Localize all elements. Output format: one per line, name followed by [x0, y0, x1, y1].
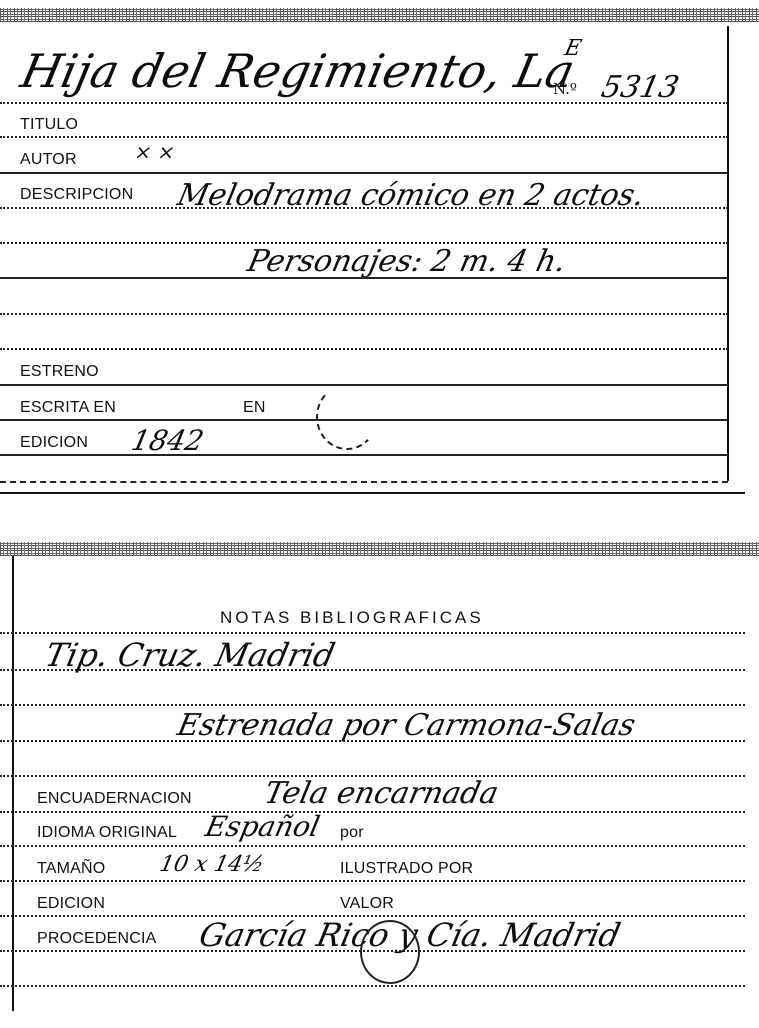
personajes-value: Personajes: 2 m. 4 h. — [244, 244, 569, 279]
number-superscript: E — [562, 36, 583, 61]
number-value: 5313 — [598, 70, 682, 105]
label-edicion-back: EDICION — [37, 895, 105, 913]
card-separator — [0, 492, 745, 494]
card-border — [727, 26, 729, 481]
rule — [0, 419, 728, 421]
label-valor: VALOR — [340, 895, 394, 913]
rule — [0, 880, 745, 882]
label-descripcion: DESCRIPCION — [20, 186, 133, 204]
label-titulo: TITULO — [20, 116, 78, 134]
label-en: EN — [243, 399, 266, 417]
label-escrita-en: ESCRITA EN — [20, 399, 116, 417]
scan-edge-noise — [0, 542, 759, 556]
label-por: por — [340, 824, 364, 842]
idioma-value: Español — [202, 810, 322, 843]
rule — [0, 136, 728, 138]
catalog-card-back: NOTAS BIBLIOGRAFICAS Tip. Cruz. Madrid E… — [0, 540, 759, 1028]
number-label: N.º — [553, 80, 577, 98]
rule — [0, 313, 728, 315]
label-ilustrado-por: ILUSTRADO POR — [340, 860, 473, 878]
stamp-mark — [316, 384, 378, 450]
stamp-mark — [360, 920, 420, 984]
label-idioma-original: IDIOMA ORIGINAL — [37, 824, 177, 842]
encuadernacion-value: Tela encarnada — [261, 776, 501, 811]
title-handwritten: Hija del Regimiento, La — [16, 44, 579, 98]
rule — [0, 669, 745, 671]
rule — [0, 207, 728, 209]
rule — [0, 277, 728, 279]
catalog-card-front: Hija del Regimiento, La E N.º 5313 TITUL… — [0, 0, 759, 495]
rule — [0, 632, 745, 634]
autor-value: × × — [132, 140, 177, 164]
tamano-value: 10 x 14½ — [157, 852, 266, 877]
rule — [0, 454, 728, 456]
label-procedencia: PROCEDENCIA — [37, 930, 157, 948]
rule — [0, 985, 745, 987]
rule — [0, 845, 745, 847]
rule — [0, 348, 728, 350]
label-autor: AUTOR — [20, 151, 77, 169]
card-border — [12, 556, 14, 1011]
rule — [0, 704, 745, 706]
edicion-value: 1842 — [128, 424, 206, 457]
label-estreno: ESTRENO — [20, 363, 99, 381]
rule — [0, 740, 745, 742]
rule — [0, 384, 728, 386]
notas-heading: NOTAS BIBLIOGRAFICAS — [220, 608, 484, 628]
label-edicion: EDICION — [20, 434, 88, 452]
note-line-2: Estrenada por Carmona-Salas — [174, 708, 638, 743]
rule — [0, 172, 728, 174]
label-encuadernacion: ENCUADERNACION — [37, 790, 192, 808]
rule — [0, 950, 745, 952]
label-tamano: TAMAÑO — [37, 860, 105, 878]
rule — [0, 102, 728, 104]
scan-edge-noise — [0, 8, 759, 22]
rule — [0, 811, 745, 813]
rule — [0, 481, 728, 483]
